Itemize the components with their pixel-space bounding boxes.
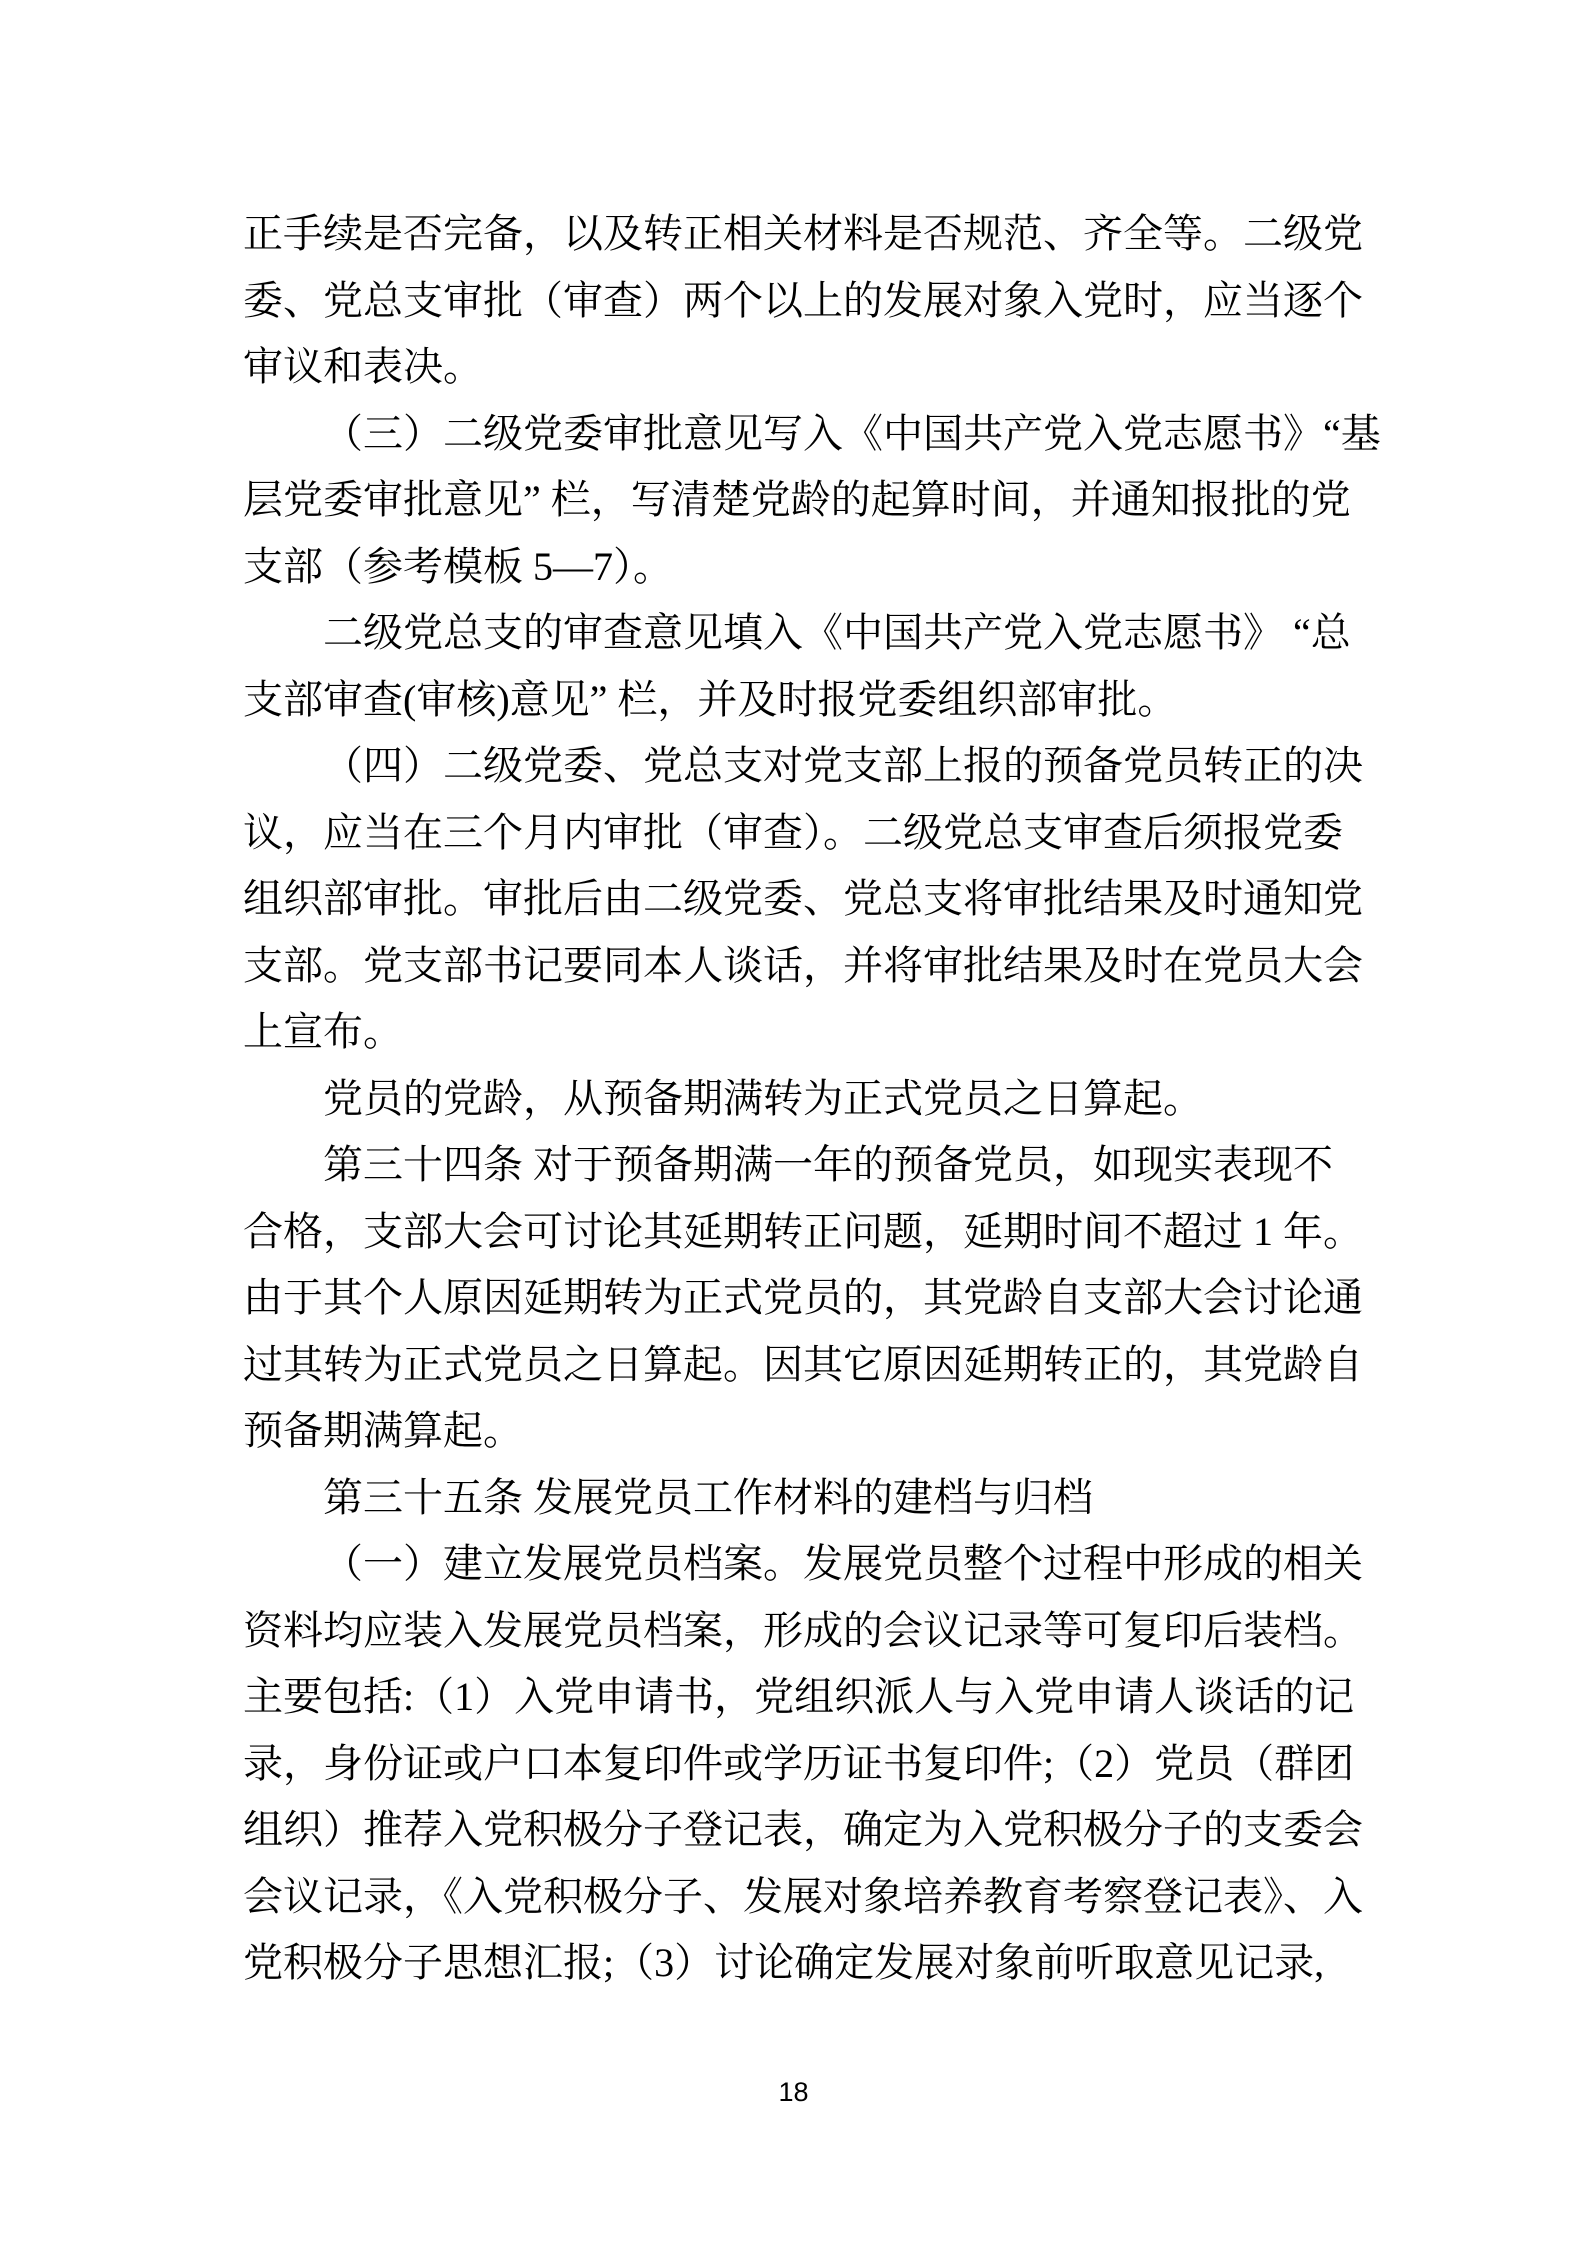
text-line: 支部（参考模板 5—7）。 [243, 534, 1453, 601]
text-line: 审议和表决。 [243, 334, 1453, 401]
text-line: 会议记录，《入党积极分子、发展对象培养教育考察登记表》、入 [243, 1864, 1453, 1931]
text-line: 预备期满算起。 [243, 1398, 1453, 1465]
text-line: 合格，支部大会可讨论其延期转正问题，延期时间不超过 1 年。 [243, 1199, 1453, 1266]
text-line: 支部。党支部书记要同本人谈话，并将审批结果及时在党员大会 [243, 933, 1453, 1000]
text-line: 组织部审批。审批后由二级党委、党总支将审批结果及时通知党 [243, 866, 1453, 933]
page-number: 18 [0, 2074, 1587, 2110]
text-line: 资料均应装入发展党员档案，形成的会议记录等可复印后装档。 [243, 1598, 1453, 1665]
text-line: 正手续是否完备，以及转正相关材料是否规范、齐全等。二级党 [243, 201, 1453, 268]
text-line: 党员的党龄，从预备期满转为正式党员之日算起。 [243, 1066, 1453, 1133]
document-page: 正手续是否完备，以及转正相关材料是否规范、齐全等。二级党委、党总支审批（审查）两… [0, 0, 1587, 2245]
text-line: 由于其个人原因延期转为正式党员的，其党龄自支部大会讨论通 [243, 1265, 1453, 1332]
text-line: （一）建立发展党员档案。发展党员整个过程中形成的相关 [243, 1531, 1453, 1598]
text-line: 过其转为正式党员之日算起。因其它原因延期转正的，其党龄自 [243, 1332, 1453, 1399]
text-line: 委、党总支审批（审查）两个以上的发展对象入党时，应当逐个 [243, 268, 1453, 335]
text-line: 议，应当在三个月内审批（审查）。二级党总支审查后须报党委 [243, 800, 1453, 867]
text-line: 上宣布。 [243, 999, 1453, 1066]
text-block: 正手续是否完备，以及转正相关材料是否规范、齐全等。二级党委、党总支审批（审查）两… [243, 201, 1453, 1997]
text-line: 组织）推荐入党积极分子登记表，确定为入党积极分子的支委会 [243, 1797, 1453, 1864]
text-line: 支部审查(审核)意见” 栏，并及时报党委组织部审批。 [243, 667, 1453, 734]
text-line: 层党委审批意见” 栏，写清楚党龄的起算时间，并通知报批的党 [243, 467, 1453, 534]
text-line: 第三十四条 对于预备期满一年的预备党员，如现实表现不 [243, 1132, 1453, 1199]
text-line: （四）二级党委、党总支对党支部上报的预备党员转正的决 [243, 733, 1453, 800]
text-line: （三）二级党委审批意见写入《中国共产党入党志愿书》“基 [243, 401, 1453, 468]
text-line: 录，身份证或户口本复印件或学历证书复印件;（2）党员（群团 [243, 1731, 1453, 1798]
text-line: 第三十五条 发展党员工作材料的建档与归档 [243, 1465, 1453, 1532]
text-line: 主要包括:（1）入党申请书，党组织派人与入党申请人谈话的记 [243, 1664, 1453, 1731]
text-line: 党积极分子思想汇报;（3）讨论确定发展对象前听取意见记录, [243, 1930, 1453, 1997]
text-line: 二级党总支的审查意见填入《中国共产党入党志愿书》 “总 [243, 600, 1453, 667]
